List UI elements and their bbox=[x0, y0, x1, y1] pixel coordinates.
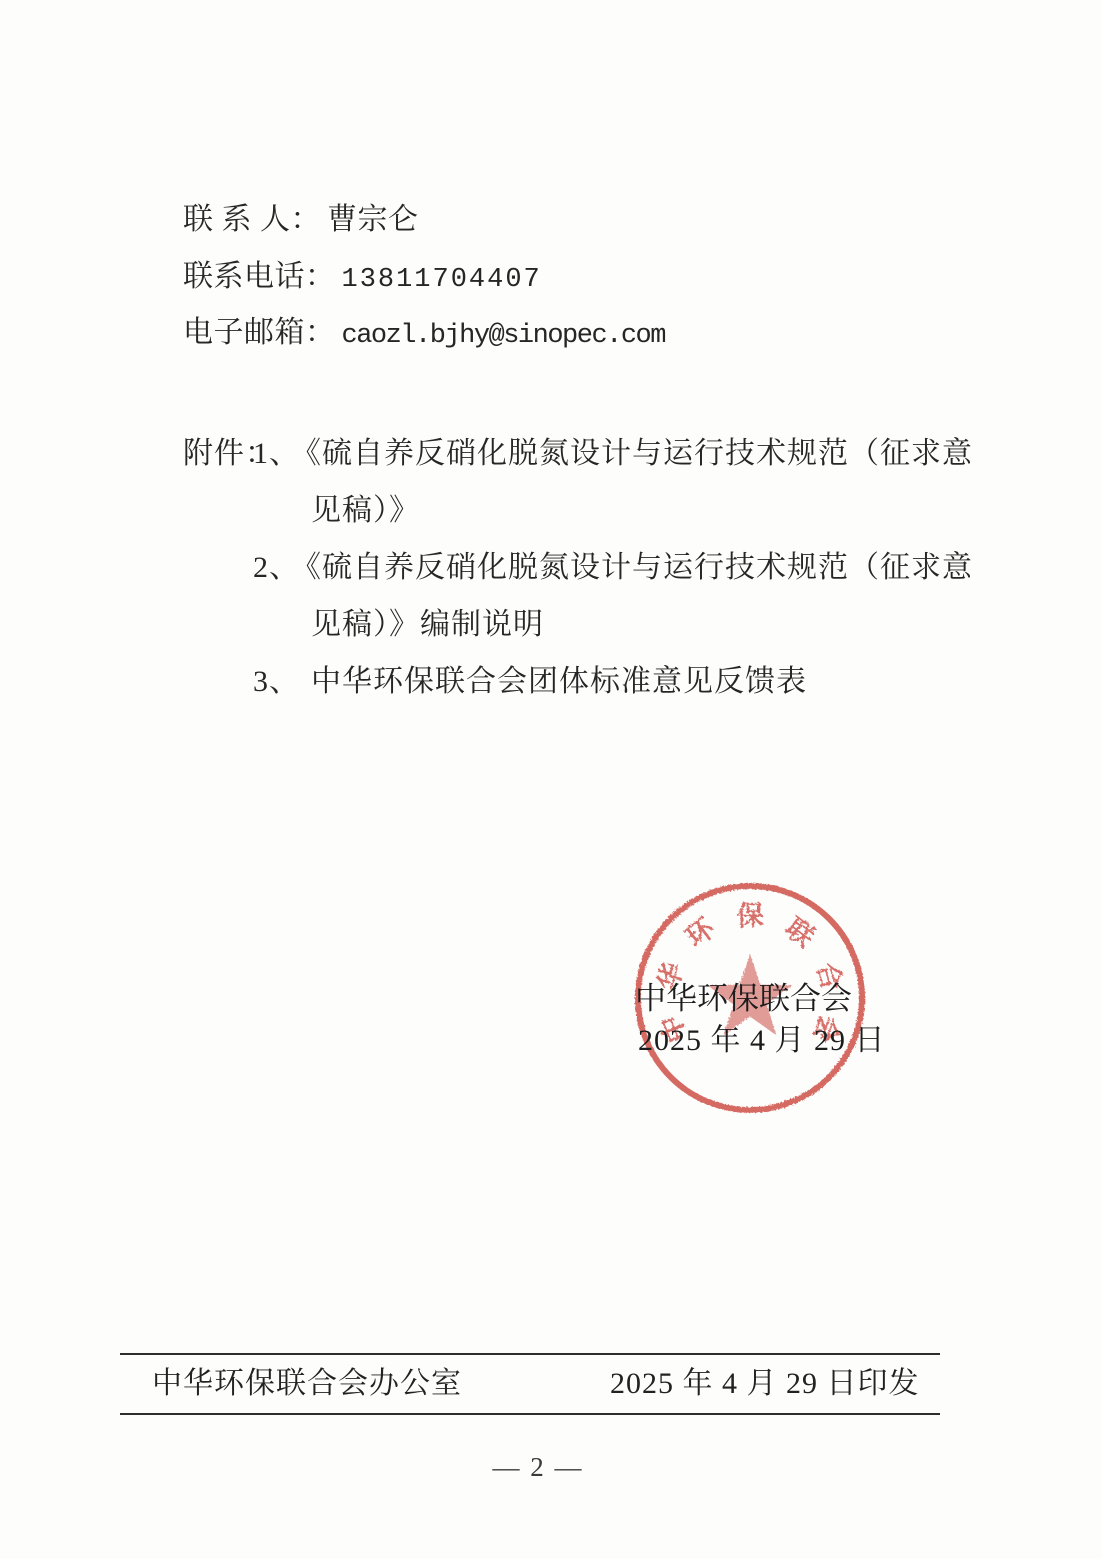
document-page: 联 系 人：曹宗仑 联系电话：13811704407 电子邮箱：caozl.bj… bbox=[0, 0, 1102, 1559]
signature-organization: 中华环保联合会 bbox=[635, 982, 852, 1016]
stamp-arc-char: 保 bbox=[737, 901, 764, 931]
footer-rule-top bbox=[120, 1353, 940, 1355]
attachment-item3-number: 3、 bbox=[253, 664, 300, 700]
attachment-item1-line2: 见稿）》 bbox=[311, 493, 420, 529]
contact-email-line: 电子邮箱：caozl.bjhy@sinopec.com bbox=[183, 315, 665, 354]
contact-email-label: 电子邮箱： bbox=[183, 316, 336, 349]
attachment-item2-line2: 见稿）》编制说明 bbox=[311, 607, 544, 643]
attachment-item3-text: 中华环保联合会团体标准意见反馈表 bbox=[311, 664, 807, 700]
contact-person-line: 联 系 人：曹宗仑 bbox=[183, 202, 419, 238]
footer-rule-bottom bbox=[120, 1413, 940, 1415]
page-number: — 2 — bbox=[468, 1452, 608, 1483]
contact-phone-value: 13811704407 bbox=[342, 265, 542, 295]
contact-email-value: caozl.bjhy@sinopec.com bbox=[342, 321, 665, 351]
footer-issuing-office: 中华环保联合会办公室 bbox=[152, 1366, 462, 1402]
contact-phone-label: 联系电话： bbox=[183, 260, 336, 293]
contact-phone-line: 联系电话：13811704407 bbox=[183, 259, 542, 298]
signature-date: 2025 年 4 月 29 日 bbox=[638, 1024, 886, 1057]
attachment-item1-line1: 《硫自养反硝化脱氮设计与运行技术规范（征求意 bbox=[291, 436, 973, 472]
stamp-arc-char: 联 bbox=[780, 913, 820, 953]
stamp-arc-char: 环 bbox=[680, 912, 720, 953]
attachment-item2-line1: 《硫自养反硝化脱氮设计与运行技术规范（征求意 bbox=[291, 550, 973, 586]
contact-person-value: 曹宗仑 bbox=[327, 203, 419, 236]
contact-person-label: 联 系 人： bbox=[183, 203, 321, 236]
footer-print-date: 2025 年 4 月 29 日印发 bbox=[610, 1366, 920, 1402]
